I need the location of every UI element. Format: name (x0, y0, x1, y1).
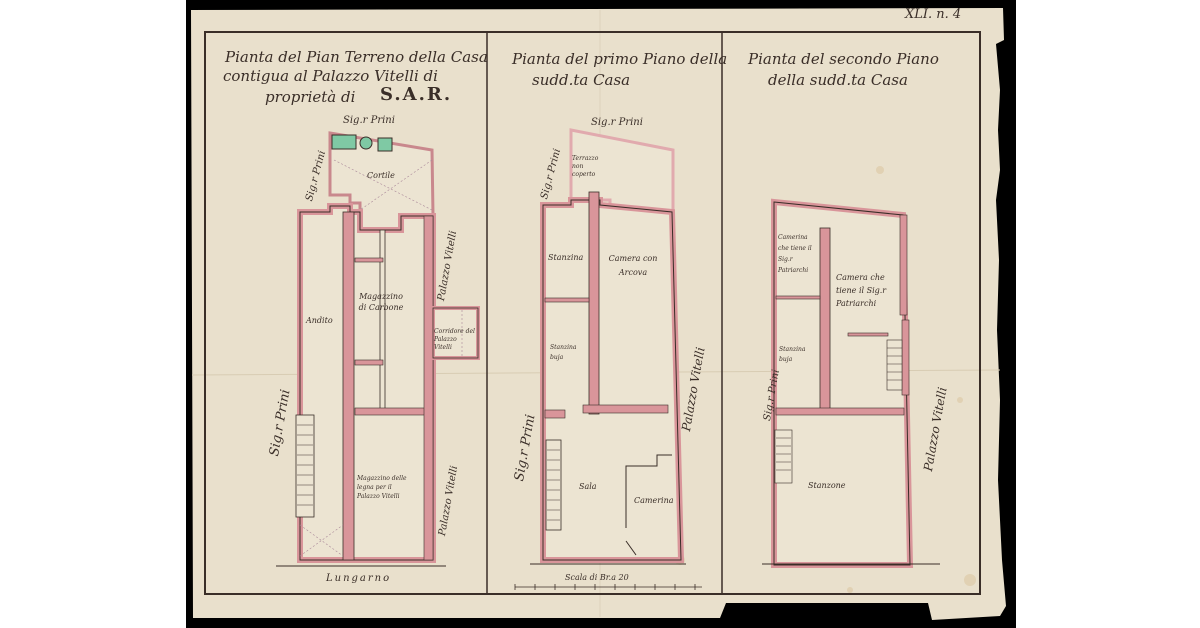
panel1-title-line1: Pianta del Pian Terreno della Casa (225, 48, 488, 67)
room-camerina: Camerina (634, 497, 674, 505)
panel3-title-line2: della sudd.ta Casa (768, 71, 908, 90)
room-cortile: Cortile (367, 172, 395, 180)
room-sala: Sala (579, 483, 597, 491)
room-stanzone: Stanzone (808, 482, 846, 490)
scale-label: Scala di Br.a 20 (565, 574, 629, 582)
catalog-mark: XLI. n. 4 (905, 8, 961, 21)
room-stanzina-buja-2: Stanzina buja (779, 345, 809, 365)
room-magazzino-carbone: Magazzino di Carbone (356, 291, 406, 313)
room-andito: Andito (306, 317, 333, 325)
room-terrazzo: Terrazzo non coperto (572, 155, 598, 179)
panel1-title-line3: proprietà di (265, 88, 355, 107)
panel3-title-line1: Pianta del secondo Piano (748, 50, 939, 69)
panel1-label-north: Sig.r Prini (343, 116, 395, 126)
panel2-label-north: Sig.r Prini (591, 118, 643, 128)
floor-plan-sheet (0, 0, 1200, 628)
room-camerina-patriarchi: Camerina che tiene il Sig.r Patriarchi (778, 232, 820, 276)
panel1-title-owner: S.A.R. (380, 86, 452, 104)
room-stanzina: Stanzina (548, 254, 583, 262)
panel1-label-south: Lungarno (326, 574, 391, 584)
room-camera-patriarchi: Camera che tiene il Sig.r Patriarchi (836, 271, 902, 310)
room-camera-arcova: Camera con Arcova (605, 252, 661, 280)
panel2-title-line2: sudd.ta Casa (532, 71, 630, 90)
room-stanzina-buja: Stanzina buja (550, 343, 580, 363)
room-magazzino-legna: Magazzino delle legna per il Palazzo Vit… (357, 474, 415, 501)
panel2-title-line1: Pianta del primo Piano della (512, 50, 727, 69)
room-corridore: Corridore del Palazzo Vitelli (434, 328, 476, 352)
